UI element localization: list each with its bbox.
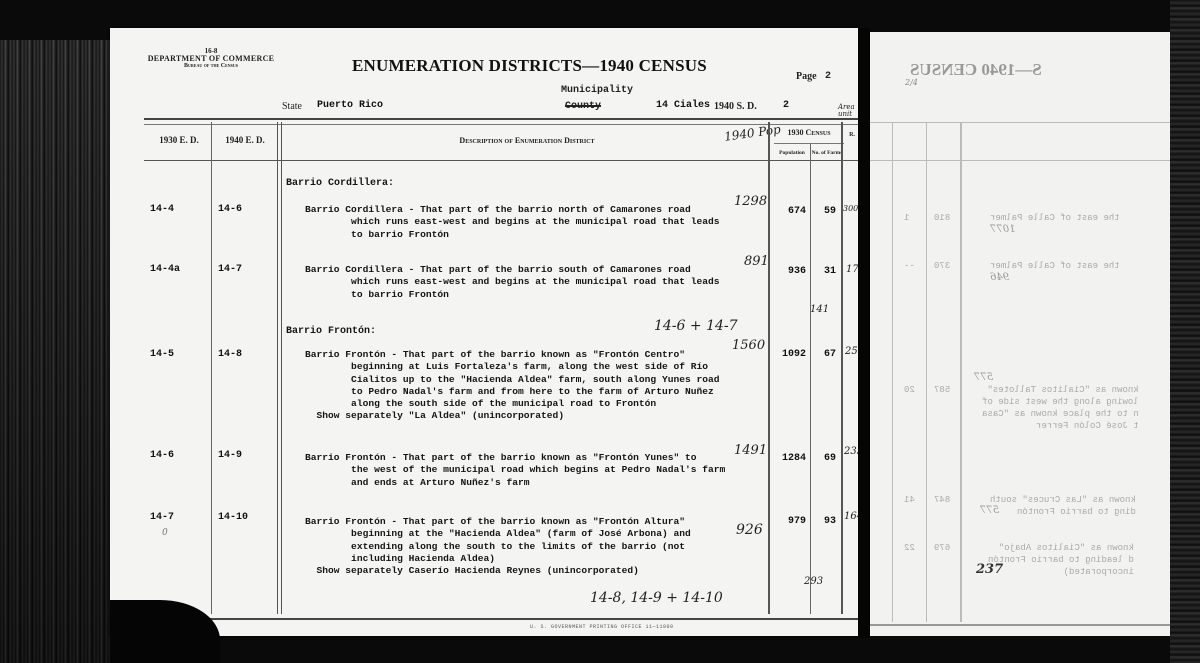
ed-1930: 14-7 bbox=[150, 512, 174, 523]
farms-1930: 31 bbox=[812, 266, 836, 277]
header-1940-ed: 1940 E. D. bbox=[214, 135, 276, 145]
right-header-bottom-rule bbox=[870, 160, 1170, 161]
mirrored-col-a: 22 bbox=[904, 542, 915, 554]
census-page: 16-8 DEPARTMENT OF COMMERCE Bureau of th… bbox=[110, 28, 858, 636]
mirrored-handwritten: 237 bbox=[976, 562, 1003, 577]
header-1930-ed: 1930 E. D. bbox=[148, 135, 210, 145]
population-1930: 1092 bbox=[774, 349, 806, 360]
farms-1930: 69 bbox=[812, 453, 836, 464]
col-divider-2 bbox=[277, 122, 282, 614]
handwritten-1940-pop-value: 1298 bbox=[734, 194, 767, 209]
ed-description: Barrio Cordillera - That part of the bar… bbox=[305, 204, 720, 241]
mirrored-text: the east of Calle Palmer bbox=[990, 260, 1120, 272]
ed-1930: 14-4a bbox=[150, 264, 180, 275]
ed-description: Barrio Frontón - That part of the barrio… bbox=[305, 452, 725, 489]
facing-page: S—1940 CENSUS 2/4 1 810 the east of Call… bbox=[870, 32, 1170, 636]
page-gutter bbox=[858, 28, 870, 638]
right-col-divider bbox=[960, 122, 962, 622]
population-1930: 1284 bbox=[774, 453, 806, 464]
margin-note: 300 bbox=[843, 204, 858, 213]
mirrored-col-a: 20 bbox=[904, 384, 915, 396]
sd-value: 2 bbox=[783, 100, 789, 111]
ed-1930: 14-6 bbox=[150, 450, 174, 461]
sd-label: 1940 S. D. bbox=[714, 101, 757, 112]
population-1930: 979 bbox=[774, 516, 806, 527]
ed-1930: 14-4 bbox=[150, 204, 174, 215]
mirrored-col-a: 1 bbox=[904, 212, 909, 224]
page-fraction: 2/4 bbox=[905, 78, 918, 87]
header-farms: No. of Farms bbox=[810, 150, 844, 156]
mirrored-col-b: 587 bbox=[934, 384, 950, 396]
mirrored-text: known as "Cialitos Tallotes" lowing alon… bbox=[982, 384, 1139, 432]
header-population: Population bbox=[774, 150, 810, 156]
handwritten-area-unit: Area unit bbox=[838, 104, 858, 118]
ed-1940: 14-6 bbox=[218, 204, 242, 215]
mirrored-handwritten: 577 bbox=[974, 372, 993, 383]
population-1930: 936 bbox=[774, 266, 806, 277]
ed-1940: 14-7 bbox=[218, 264, 242, 275]
page-edge-stack bbox=[0, 40, 112, 663]
combined-ed-note: 14-6 + 14-7 bbox=[654, 318, 738, 334]
page-label: Page bbox=[796, 71, 817, 82]
ed-description: Barrio Frontón - That part of the barrio… bbox=[305, 349, 720, 423]
mirrored-col-b: 810 bbox=[934, 212, 950, 224]
mirrored-col-a: 41 bbox=[904, 494, 915, 506]
state-value: Puerto Rico bbox=[317, 100, 383, 111]
right-header-rule bbox=[870, 122, 1170, 123]
ed-description: Barrio Cordillera - That part of the bar… bbox=[305, 264, 720, 301]
mirrored-handwritten: 946 bbox=[990, 272, 1009, 283]
bottom-rule bbox=[110, 618, 858, 620]
mirrored-text: the east of Calle Palmer bbox=[990, 212, 1120, 224]
ed-1940: 14-10 bbox=[218, 512, 248, 523]
page-number: 2 bbox=[825, 71, 831, 82]
municipality-label: Municipality bbox=[561, 85, 633, 96]
bureau-name: Bureau of the Census bbox=[146, 63, 276, 69]
printer-imprint: U. S. GOVERNMENT PRINTING OFFICE 11—1100… bbox=[530, 624, 674, 630]
right-page-edge bbox=[1170, 0, 1200, 663]
ed-1930: 14-5 bbox=[150, 349, 174, 360]
header-partial-col: R. bbox=[846, 132, 858, 138]
header-bottom-rule bbox=[144, 160, 858, 161]
census-subheader-rule bbox=[774, 143, 844, 144]
handwritten-1940-pop-value: 926 bbox=[736, 522, 763, 538]
mirrored-handwritten: 1077 bbox=[990, 224, 1015, 235]
municipality-value: 14 Ciales bbox=[656, 100, 710, 111]
col-divider-1 bbox=[211, 122, 212, 614]
department-header: 16-8 DEPARTMENT OF COMMERCE Bureau of th… bbox=[146, 48, 276, 69]
col-divider-5 bbox=[841, 122, 843, 614]
mirrored-col-b: 679 bbox=[934, 542, 950, 554]
subtotal-note: 293 bbox=[804, 576, 823, 587]
handwritten-1940-pop-value: 891 bbox=[744, 254, 769, 269]
ed-description: Barrio Frontón - That part of the barrio… bbox=[305, 516, 691, 577]
mirrored-text: known as "Las Cruces" south ding to barr… bbox=[990, 494, 1136, 518]
county-label-struck: County bbox=[565, 101, 601, 112]
farms-1930: 93 bbox=[812, 516, 836, 527]
right-col-divider bbox=[926, 122, 927, 622]
mirrored-handwritten: 577 bbox=[980, 505, 999, 516]
mirrored-col-a: -- bbox=[904, 260, 915, 272]
col-divider-3 bbox=[768, 122, 770, 614]
handwritten-1940-pop-value: 1491 bbox=[734, 443, 767, 458]
mirrored-text: known as "Cialitos Abajo" d leading to b… bbox=[988, 542, 1134, 578]
farms-1930: 59 bbox=[812, 206, 836, 217]
right-bottom-rule bbox=[870, 624, 1170, 626]
page-title: ENUMERATION DISTRICTS—1940 CENSUS bbox=[352, 56, 707, 76]
barrio-heading: Barrio Frontón: bbox=[286, 326, 376, 337]
population-1930: 674 bbox=[774, 206, 806, 217]
mirrored-col-b: 847 bbox=[934, 494, 950, 506]
header-description: Description of Enumeration District bbox=[282, 136, 772, 145]
ed-1930-note: 0 bbox=[162, 528, 168, 538]
ed-1940: 14-9 bbox=[218, 450, 242, 461]
header-1930-census: 1930 Census bbox=[774, 128, 844, 137]
mirrored-col-b: 370 bbox=[934, 260, 950, 272]
col-divider-4 bbox=[810, 143, 811, 614]
barrio-heading: Barrio Cordillera: bbox=[286, 178, 394, 189]
combined-ed-note: 14-8, 14-9 + 14-10 bbox=[590, 590, 723, 606]
right-col-divider bbox=[892, 122, 893, 622]
header-rule bbox=[144, 118, 858, 125]
mirrored-title: S—1940 CENSUS bbox=[910, 60, 1042, 80]
farms-1930: 67 bbox=[812, 349, 836, 360]
handwritten-1940-pop-value: 1560 bbox=[732, 338, 765, 353]
department-name: DEPARTMENT OF COMMERCE bbox=[146, 55, 276, 63]
state-label: State bbox=[282, 101, 302, 112]
subtotal-note: 141 bbox=[810, 304, 829, 315]
ed-1940: 14-8 bbox=[218, 349, 242, 360]
